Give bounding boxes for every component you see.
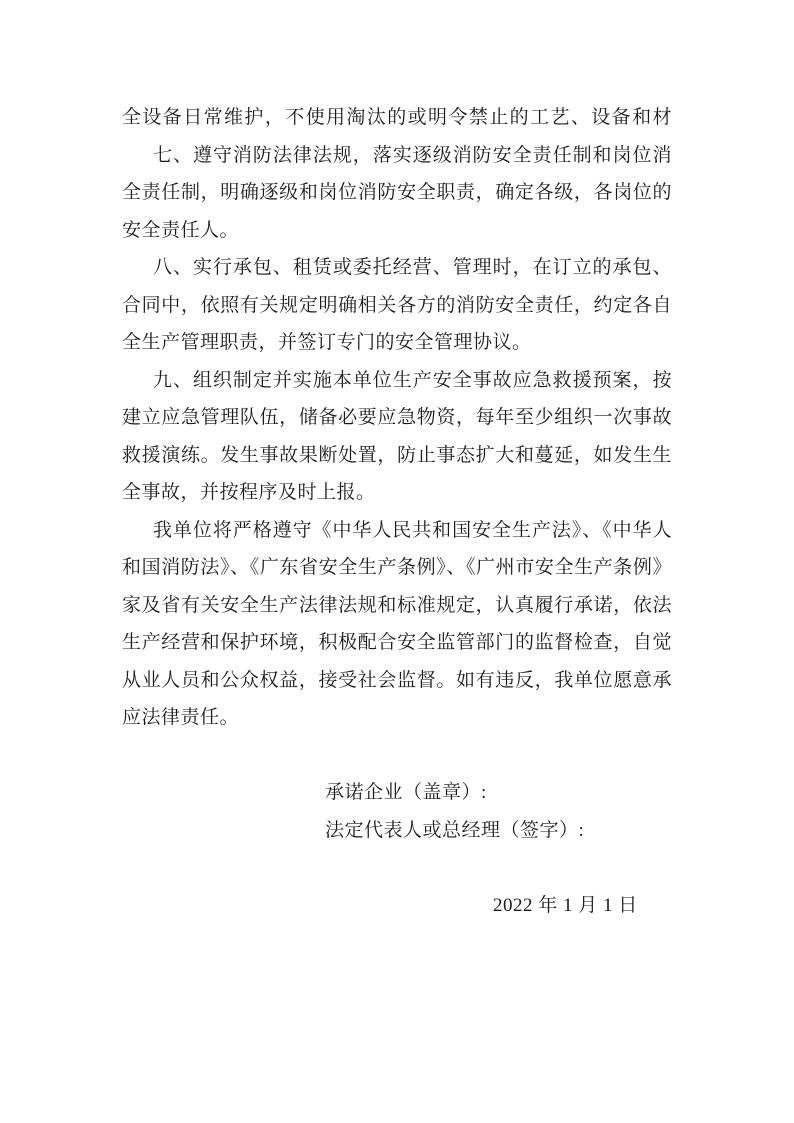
body-text-line: 全设备日常维护，不使用淘汰的或明令禁止的工艺、设备和材料。 [122, 99, 672, 137]
body-text-line: 全生产管理职责，并签订专门的安全管理协议。 [122, 324, 672, 362]
body-text-line: 和国消防法》、《广东省安全生产条例》、《广州市安全生产条例》等国 [122, 549, 672, 587]
body-text-line: 从业人员和公众权益，接受社会监督。如有违反，我单位愿意承担相 [122, 662, 672, 700]
body-text-line: 全事故，并按程序及时上报。 [122, 474, 672, 512]
company-seal-line: 承诺企业（盖章）: [325, 774, 672, 812]
body-text-line: 生产经营和保护环境，积极配合安全监管部门的监督检查，自觉维护 [122, 624, 672, 662]
body-text-line: 救援演练。发生事故果断处置，防止事态扩大和蔓延，如发生生产安 [122, 437, 672, 475]
body-text-line: 八、实行承包、租赁或委托经营、管理时，在订立的承包、租赁 [122, 249, 672, 287]
document-page: 全设备日常维护，不使用淘汰的或明令禁止的工艺、设备和材料。七、遵守消防法律法规，… [0, 0, 794, 1123]
date-line: 2022 年 1 月 1 日 [122, 887, 672, 925]
body-text-line: 安全责任人。 [122, 212, 672, 250]
body-text-line: 应法律责任。 [122, 699, 672, 737]
signature-block: 承诺企业（盖章）: 法定代表人或总经理（签字）: [122, 774, 672, 849]
representative-signature-line: 法定代表人或总经理（签字）: [325, 812, 672, 850]
body-text-line: 我单位将严格遵守《中华人民共和国安全生产法》、《中华人民共 [122, 512, 672, 550]
document-body: 全设备日常维护，不使用淘汰的或明令禁止的工艺、设备和材料。七、遵守消防法律法规，… [0, 0, 794, 924]
body-text-line: 七、遵守消防法律法规，落实逐级消防安全责任制和岗位消防安 [122, 137, 672, 175]
body-paragraphs: 全设备日常维护，不使用淘汰的或明令禁止的工艺、设备和材料。七、遵守消防法律法规，… [122, 99, 672, 737]
body-text-line: 全责任制，明确逐级和岗位消防安全职责，确定各级，各岗位的消防 [122, 174, 672, 212]
body-text-line: 合同中，依照有关规定明确相关各方的消防安全责任，约定各自的安 [122, 287, 672, 325]
body-text-line: 建立应急管理队伍，储备必要应急物资，每年至少组织一次事故应急 [122, 399, 672, 437]
body-text-line: 九、组织制定并实施本单位生产安全事故应急救援预案，按规定 [122, 362, 672, 400]
body-text-line: 家及省有关安全生产法律法规和标准规定，认真履行承诺，依法进行 [122, 587, 672, 625]
